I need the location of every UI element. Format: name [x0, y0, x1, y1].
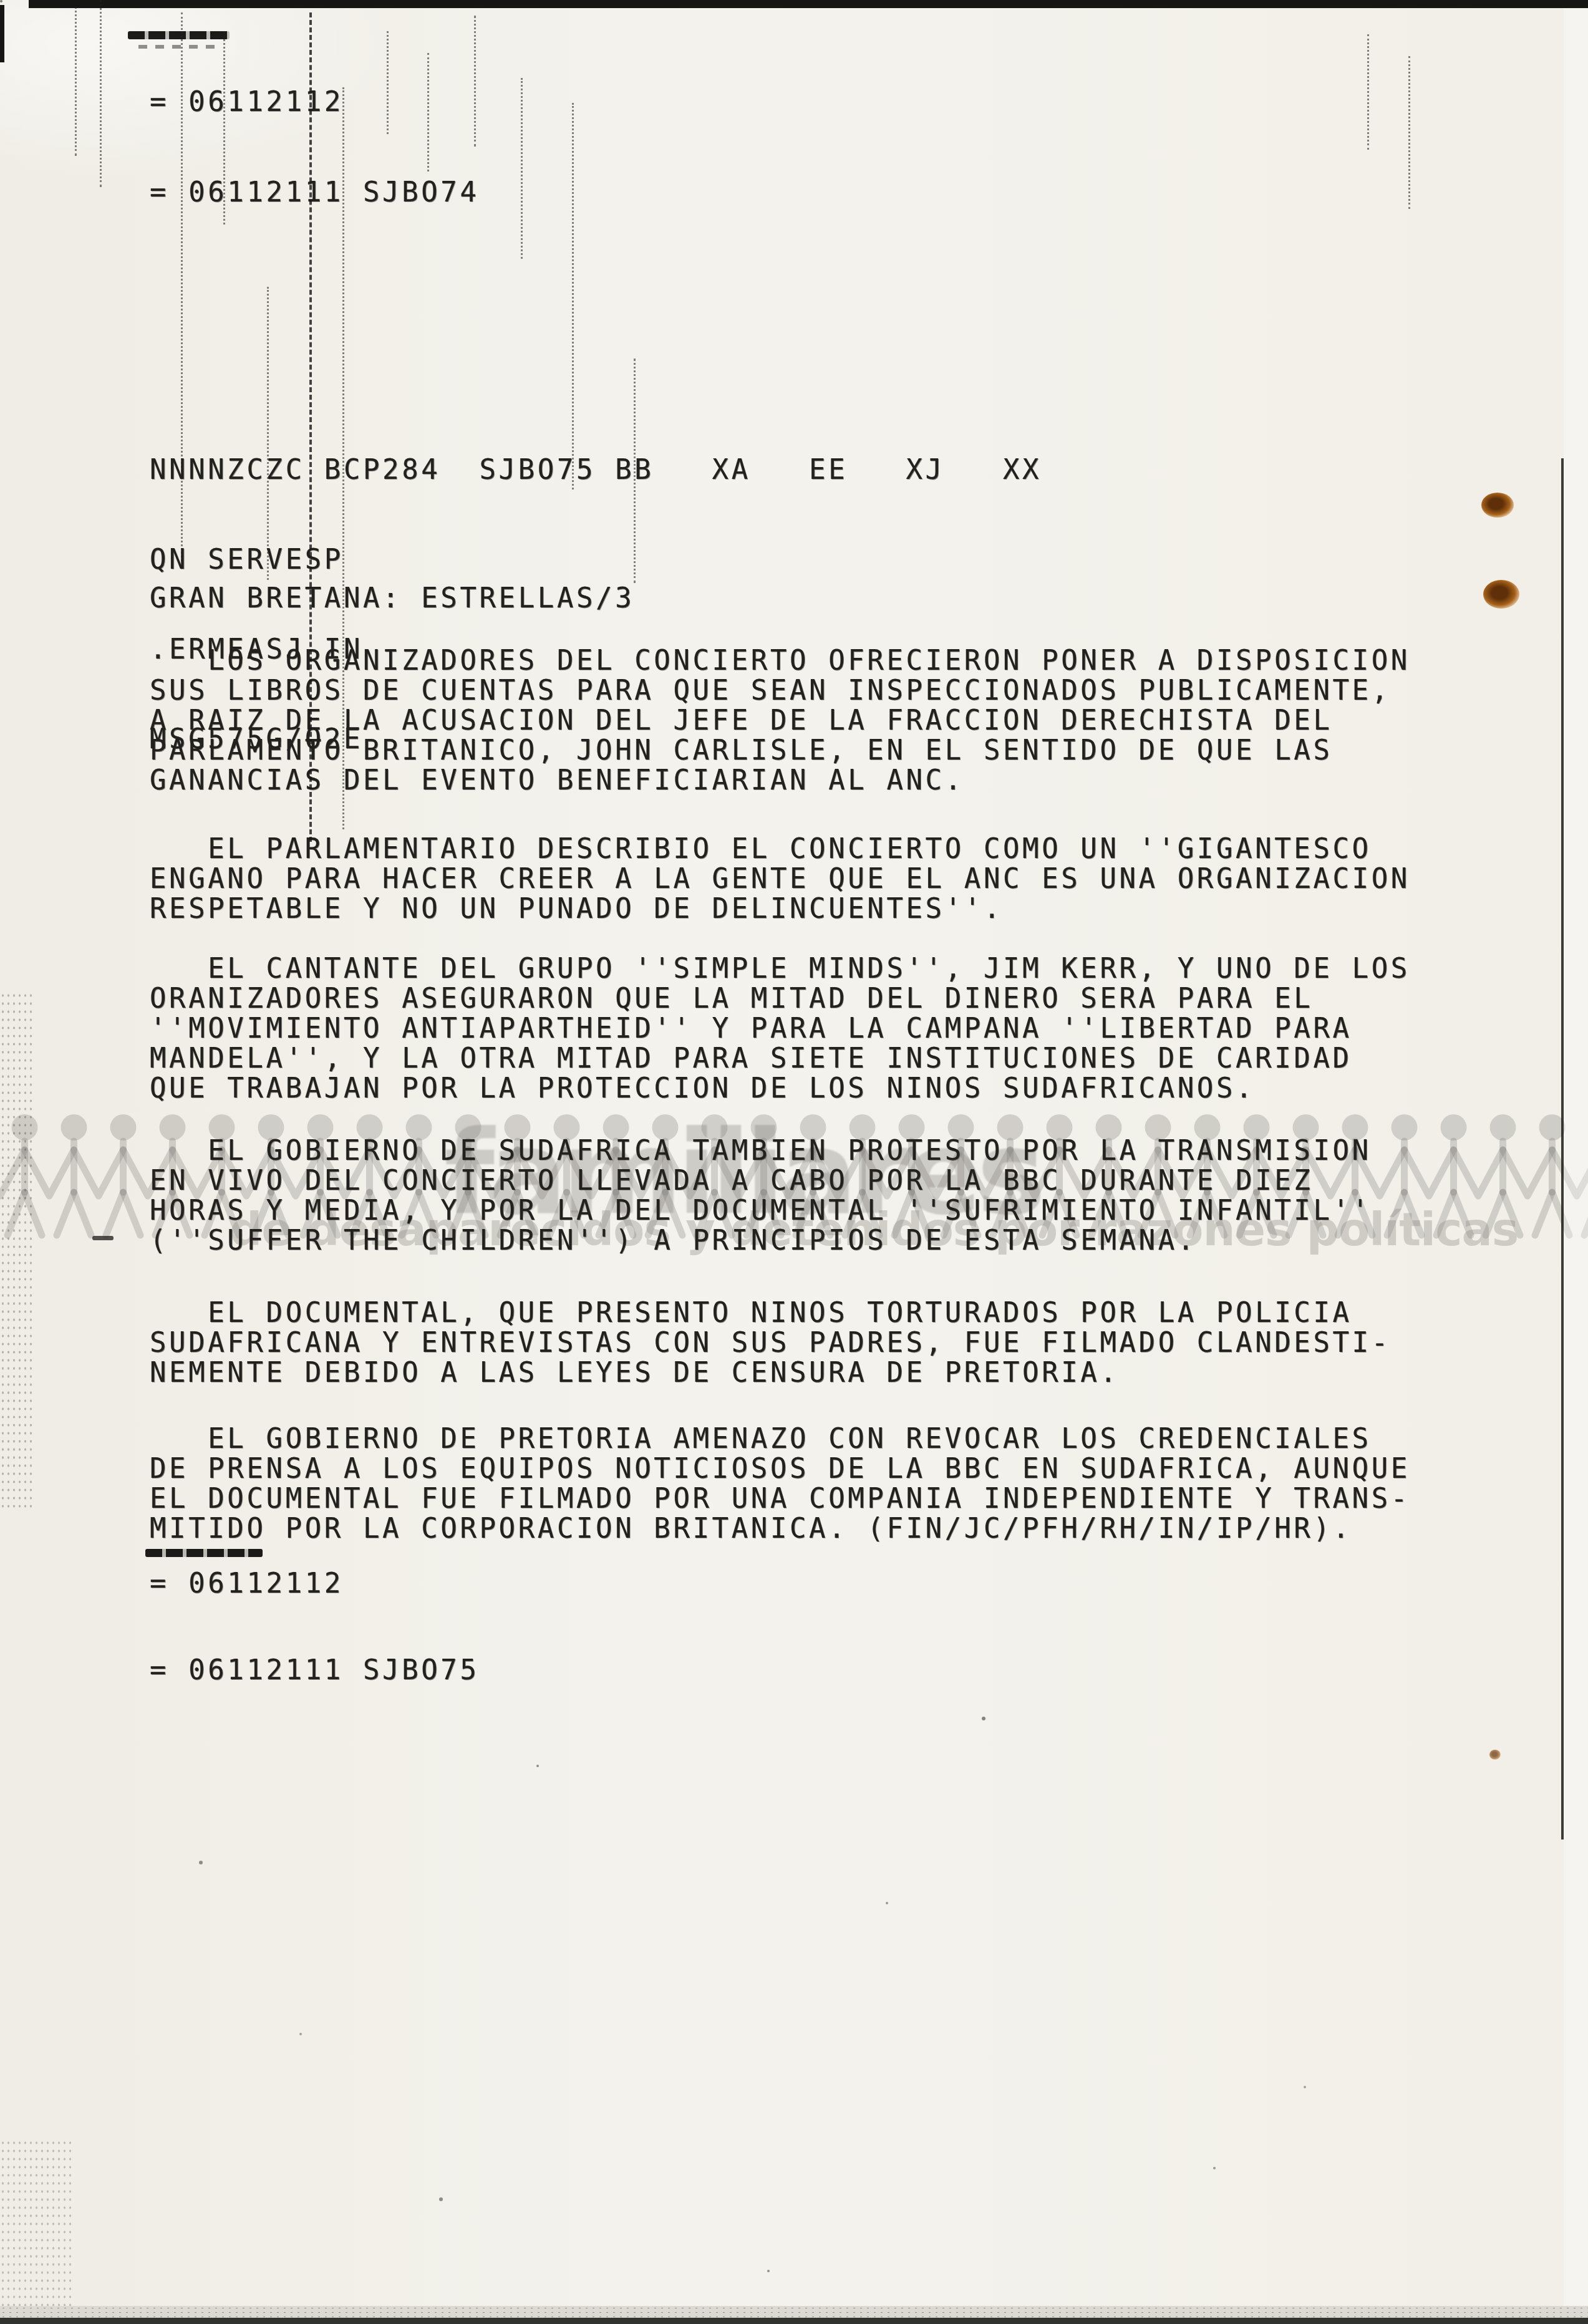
- page-fold-margin: [1564, 0, 1588, 2324]
- headline: GRAN BRETANA: ESTRELLAS/3: [150, 584, 634, 614]
- message-id-top-2: = 06112111 SJBO74: [150, 178, 480, 208]
- ink-dash-mark: [128, 31, 230, 39]
- scan-streak: [267, 287, 269, 580]
- message-id-bottom-2: = 06112111 SJBO75: [150, 1656, 480, 1685]
- page-fold-line: [1561, 458, 1564, 1839]
- scan-streak: [75, 6, 77, 156]
- scan-streak: [572, 103, 574, 489]
- scan-streak: [100, 0, 102, 187]
- routing-line-1: NNNNZCZC BCP284 SJBO75 BB XA EE XJ XX: [150, 455, 1042, 485]
- scan-edge-left: [0, 5, 4, 62]
- message-id-top-1: = 06112112: [150, 87, 344, 117]
- rust-spot: [1483, 580, 1519, 609]
- faint-dash-marks: [138, 45, 221, 49]
- scan-streak: [634, 359, 636, 583]
- body-paragraph: EL GOBIERNO DE SUDAFRICA TAMBIEN PROTEST…: [150, 1136, 1372, 1256]
- body-paragraph: EL CANTANTE DEL GRUPO ''SIMPLE MINDS'', …: [150, 954, 1410, 1104]
- body-paragraph: EL PARLAMENTARIO DESCRIBIO EL CONCIERTO …: [150, 834, 1410, 924]
- scanned-telex-document: familiares de desaparecidos y detenidos …: [0, 0, 1588, 2324]
- scan-streak: [223, 31, 225, 224]
- rust-spot: [1489, 1750, 1501, 1760]
- body-paragraph: EL DOCUMENTAL, QUE PRESENTO NINOS TORTUR…: [150, 1298, 1391, 1388]
- scan-noise-left: [0, 991, 34, 1509]
- routing-line-2: QN SERVESP: [150, 545, 1042, 575]
- scan-streak: [387, 31, 389, 134]
- body-paragraph: LOS ORGANIZADORES DEL CONCIERTO OFRECIER…: [150, 646, 1410, 796]
- ink-speck-dash: [92, 1236, 114, 1240]
- end-of-message-dashes: [145, 1549, 263, 1557]
- scan-streak: [309, 12, 312, 842]
- scan-streak: [1367, 34, 1369, 150]
- message-id-bottom-1: = 06112112: [150, 1569, 344, 1599]
- scan-streak: [427, 53, 429, 171]
- scan-streak: [342, 87, 344, 829]
- scan-streak: [474, 16, 476, 147]
- scan-edge-bottom-shadow: [0, 2306, 1588, 2320]
- scan-streak: [521, 78, 523, 259]
- scan-edge-bottom: [0, 2318, 1588, 2324]
- scan-noise-left-bottom: [0, 2139, 72, 2317]
- scan-streak: [1408, 56, 1410, 209]
- rust-spot: [1481, 493, 1514, 518]
- scan-edge-top: [29, 0, 1588, 8]
- body-paragraph: EL GOBIERNO DE PRETORIA AMENAZO CON REVO…: [150, 1424, 1410, 1544]
- paper-specks: [0, 0, 2, 2]
- scan-streak: [181, 12, 183, 561]
